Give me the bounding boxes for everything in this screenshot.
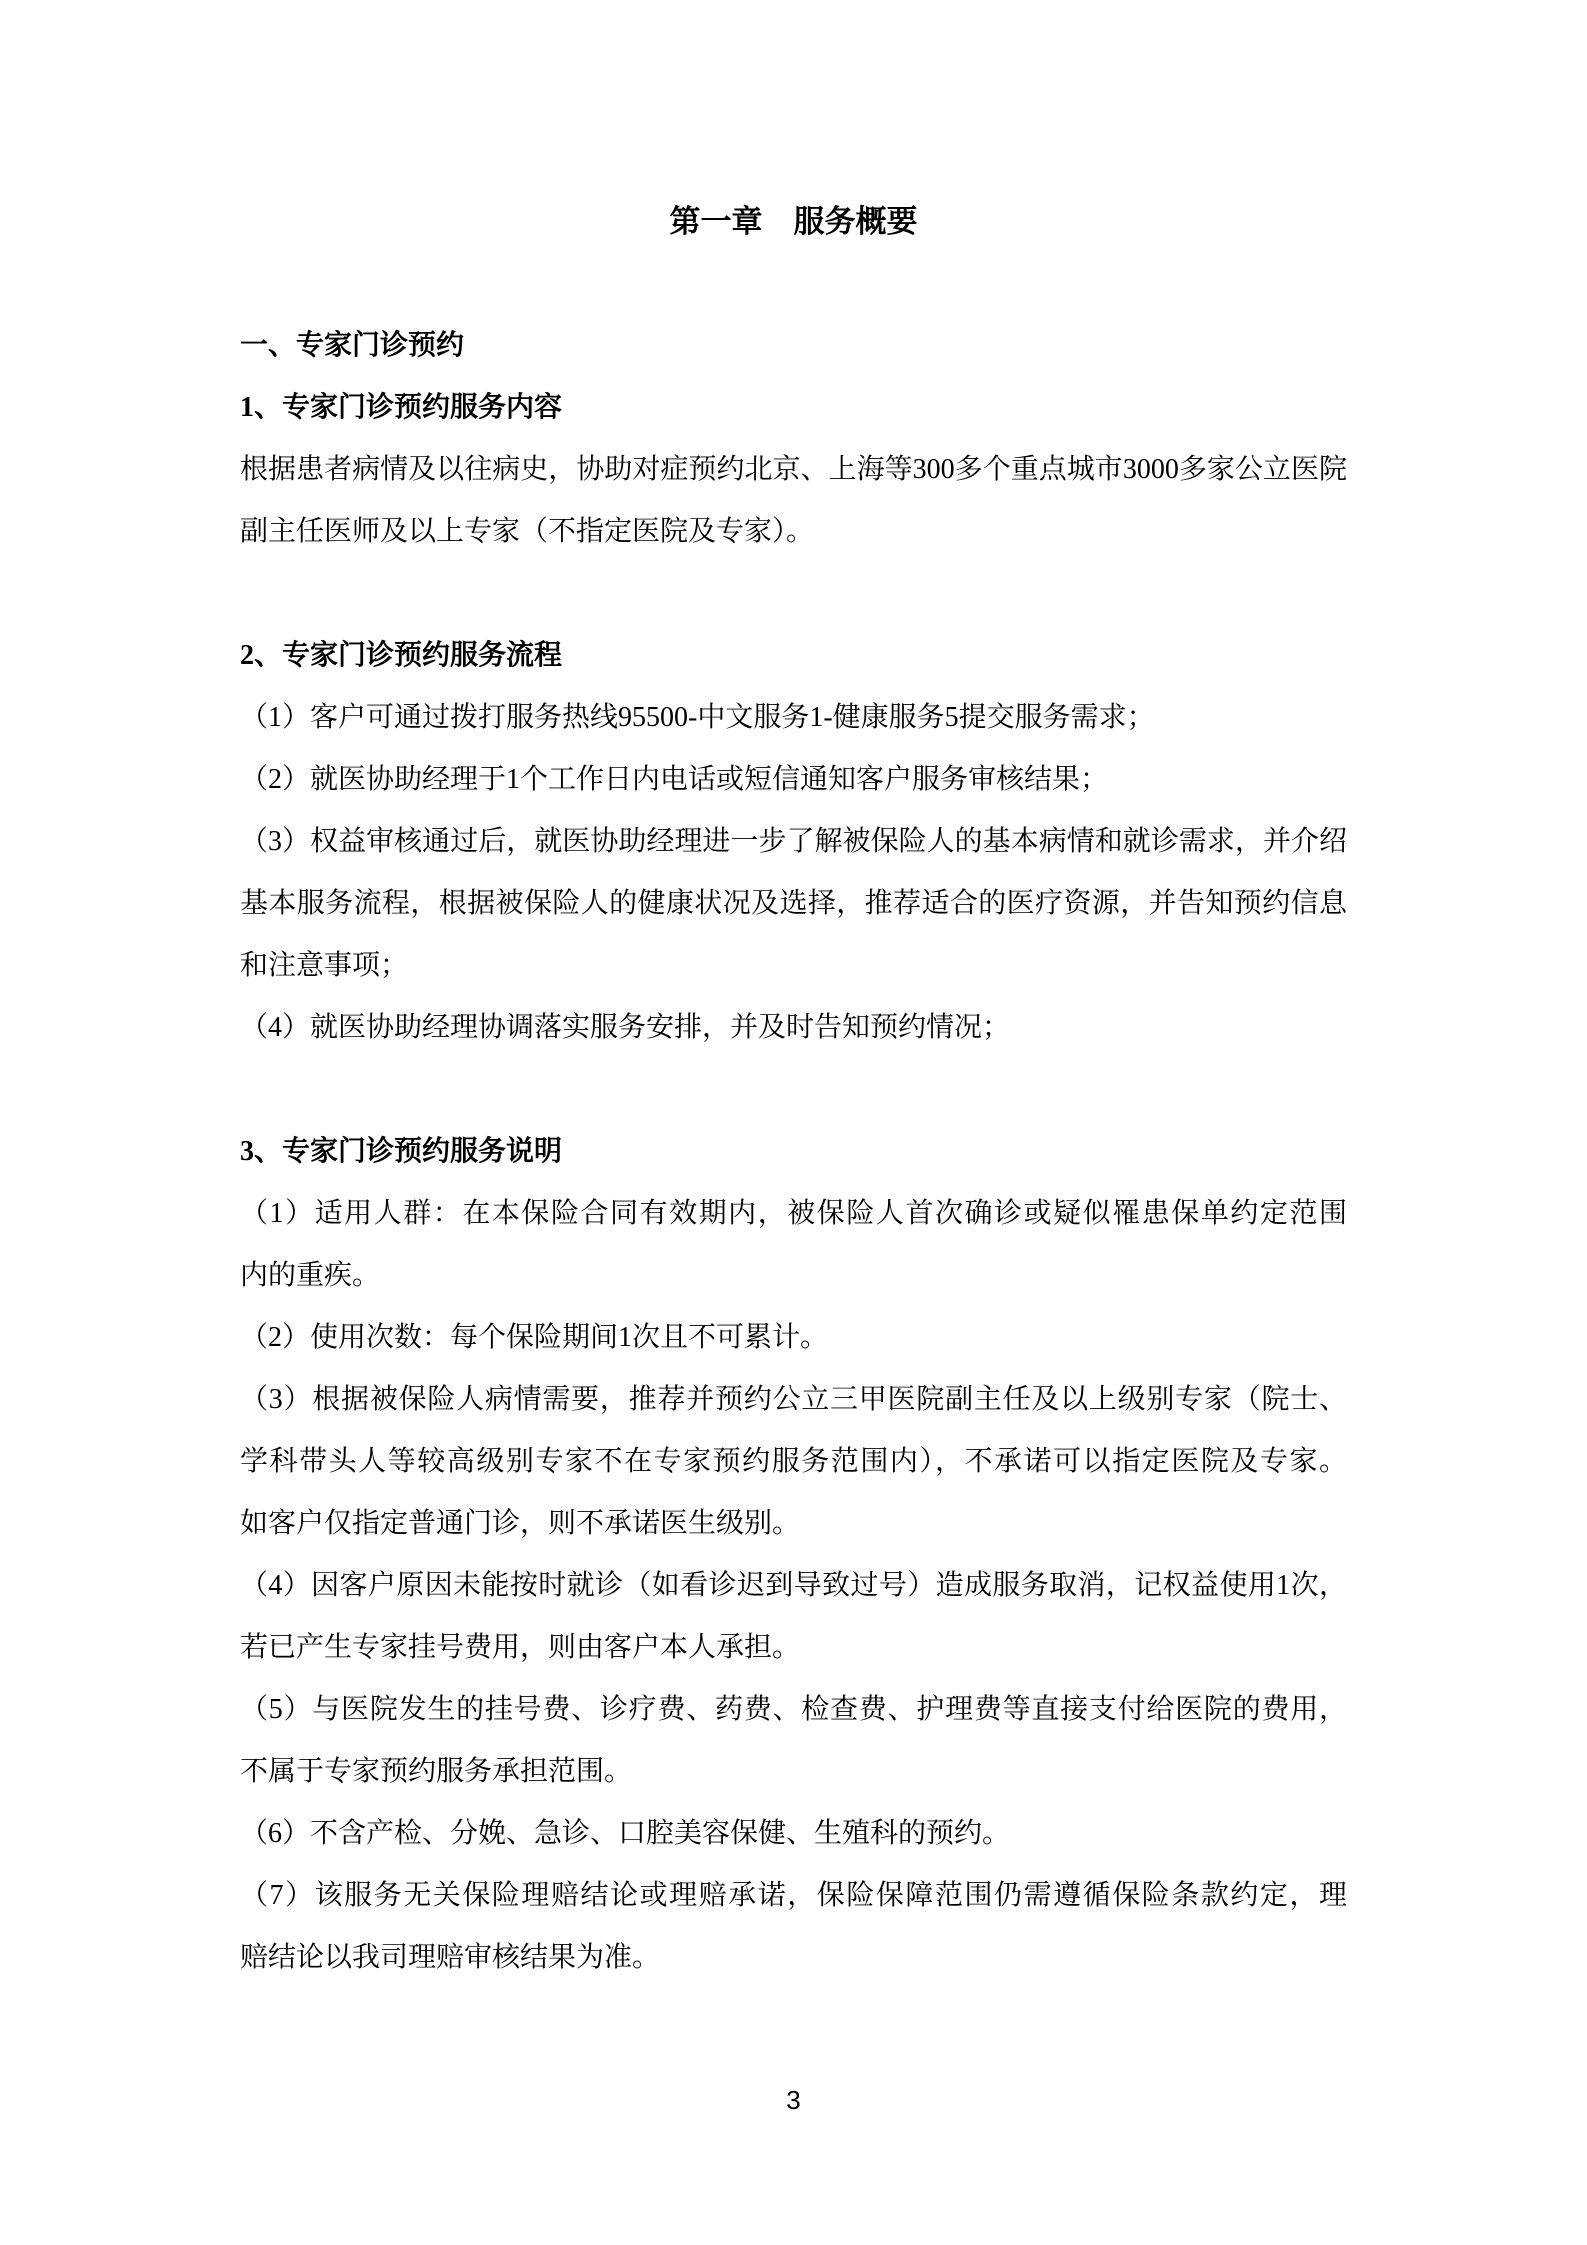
paragraph: （5）与医院发生的挂号费、诊疗费、药费、检查费、护理费等直接支付给医院的费用，不… — [240, 1679, 1347, 1803]
text-line: 和注意事项； — [240, 935, 1347, 997]
paragraph: （1）适用人群：在本保险合同有效期内，被保险人首次确诊或疑似罹患保单约定范围内的… — [240, 1183, 1347, 1307]
text-line: （6）不含产检、分娩、急诊、口腔美容保健、生殖科的预约。 — [240, 1803, 1347, 1865]
text-line: 不属于专家预约服务承担范围。 — [240, 1741, 1347, 1803]
text-line: （5）与医院发生的挂号费、诊疗费、药费、检查费、护理费等直接支付给医院的费用， — [240, 1679, 1347, 1741]
text-line: （2）使用次数：每个保险期间1次且不可累计。 — [240, 1307, 1347, 1369]
paragraph: （2）就医协助经理于1个工作日内电话或短信通知客户服务审核结果； — [240, 749, 1347, 811]
paragraph: （1）客户可通过拨打服务热线95500-中文服务1-健康服务5提交服务需求； — [240, 687, 1347, 749]
paragraph: 根据患者病情及以往病史，协助对症预约北京、上海等300多个重点城市3000多家公… — [240, 439, 1347, 563]
chapter-title: 第一章 服务概要 — [240, 191, 1347, 253]
paragraph: （7）该服务无关保险理赔结论或理赔承诺，保险保障范围仍需遵循保险条款约定，理赔结… — [240, 1865, 1347, 1989]
text-line: 内的重疾。 — [240, 1245, 1347, 1307]
paragraph: （4）就医协助经理协调落实服务安排，并及时告知预约情况； — [240, 997, 1347, 1059]
text-line: （2）就医协助经理于1个工作日内电话或短信通知客户服务审核结果； — [240, 749, 1347, 811]
subsection-3: 3、专家门诊预约服务说明（1）适用人群：在本保险合同有效期内，被保险人首次确诊或… — [240, 1121, 1347, 1989]
text-line: 赔结论以我司理赔审核结果为准。 — [240, 1927, 1347, 1989]
page-number: 3 — [0, 2076, 1587, 2124]
paragraph: （2）使用次数：每个保险期间1次且不可累计。 — [240, 1307, 1347, 1369]
text-line: （4）就医协助经理协调落实服务安排，并及时告知预约情况； — [240, 997, 1347, 1059]
section-1: 一、专家门诊预约1、专家门诊预约服务内容根据患者病情及以往病史，协助对症预约北京… — [240, 315, 1347, 1989]
text-line: 副主任医师及以上专家（不指定医院及专家）。 — [240, 501, 1347, 563]
subsection-1: 1、专家门诊预约服务内容根据患者病情及以往病史，协助对症预约北京、上海等300多… — [240, 377, 1347, 563]
text-line: （1）适用人群：在本保险合同有效期内，被保险人首次确诊或疑似罹患保单约定范围 — [240, 1183, 1347, 1245]
text-line: （1）客户可通过拨打服务热线95500-中文服务1-健康服务5提交服务需求； — [240, 687, 1347, 749]
text-line: 学科带头人等较高级别专家不在专家预约服务范围内），不承诺可以指定医院及专家。 — [240, 1431, 1347, 1493]
text-line: 如客户仅指定普通门诊，则不承诺医生级别。 — [240, 1493, 1347, 1555]
subsection-2: 2、专家门诊预约服务流程（1）客户可通过拨打服务热线95500-中文服务1-健康… — [240, 625, 1347, 1059]
text-line: （4）因客户原因未能按时就诊（如看诊迟到导致过号）造成服务取消，记权益使用1次， — [240, 1555, 1347, 1617]
text-line: 根据患者病情及以往病史，协助对症预约北京、上海等300多个重点城市3000多家公… — [240, 439, 1347, 501]
text-line: （7）该服务无关保险理赔结论或理赔承诺，保险保障范围仍需遵循保险条款约定，理 — [240, 1865, 1347, 1927]
paragraph: （4）因客户原因未能按时就诊（如看诊迟到导致过号）造成服务取消，记权益使用1次，… — [240, 1555, 1347, 1679]
subsection-heading: 1、专家门诊预约服务内容 — [240, 377, 1347, 439]
subsection-heading: 2、专家门诊预约服务流程 — [240, 625, 1347, 687]
paragraph: （3）权益审核通过后，就医协助经理进一步了解被保险人的基本病情和就诊需求，并介绍… — [240, 811, 1347, 997]
paragraph: （6）不含产检、分娩、急诊、口腔美容保健、生殖科的预约。 — [240, 1803, 1347, 1865]
subsection-heading: 3、专家门诊预约服务说明 — [240, 1121, 1347, 1183]
text-line: 若已产生专家挂号费用，则由客户本人承担。 — [240, 1617, 1347, 1679]
document-page: 第一章 服务概要 一、专家门诊预约1、专家门诊预约服务内容根据患者病情及以往病史… — [0, 0, 1587, 2245]
section-heading: 一、专家门诊预约 — [240, 315, 1347, 377]
text-line: （3）权益审核通过后，就医协助经理进一步了解被保险人的基本病情和就诊需求，并介绍 — [240, 811, 1347, 873]
document-body: 一、专家门诊预约1、专家门诊预约服务内容根据患者病情及以往病史，协助对症预约北京… — [240, 315, 1347, 1989]
text-line: 基本服务流程，根据被保险人的健康状况及选择，推荐适合的医疗资源，并告知预约信息 — [240, 873, 1347, 935]
paragraph: （3）根据被保险人病情需要，推荐并预约公立三甲医院副主任及以上级别专家（院士、学… — [240, 1369, 1347, 1555]
document-content: 第一章 服务概要 一、专家门诊预约1、专家门诊预约服务内容根据患者病情及以往病史… — [240, 191, 1347, 1989]
text-line: （3）根据被保险人病情需要，推荐并预约公立三甲医院副主任及以上级别专家（院士、 — [240, 1369, 1347, 1431]
